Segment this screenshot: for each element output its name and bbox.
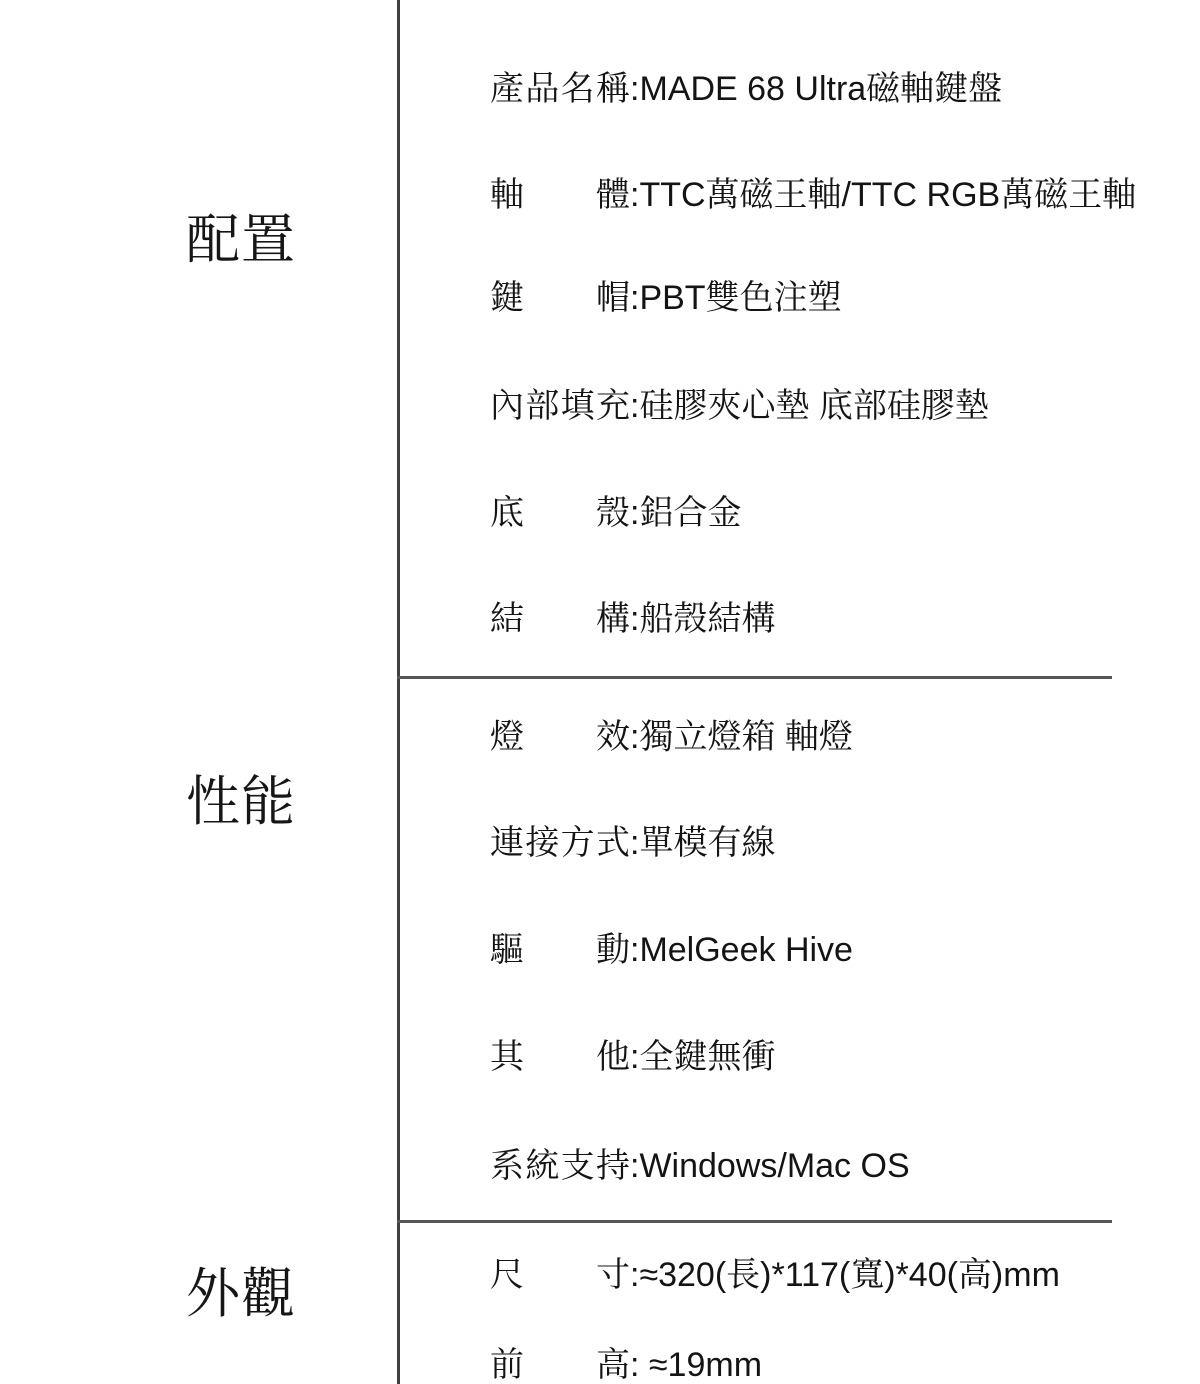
spec-value: :TTC萬磁王軸/TTC RGB萬磁王軸 [630,173,1136,217]
spec-value: :船殼結構 [630,597,775,641]
section-label-appearance: 外觀 [186,1264,296,1324]
spec-label: 系統支持 [490,1144,630,1188]
spec-label: 內部填充 [490,384,630,428]
spec-row-bottom-case: 底殼:鋁合金 [490,491,741,535]
spec-row-lighting: 燈效:獨立燈箱 軸燈 [490,715,853,759]
spec-value: :≈320(長)*117(寬)*40(高)mm [630,1253,1060,1297]
spec-value: :獨立燈箱 軸燈 [630,715,853,759]
spec-value: :全鍵無衝 [630,1035,775,1079]
spec-label: 底殼 [490,491,630,535]
spec-value: : ≈19mm [630,1343,762,1384]
spec-sheet: 配置 性能 外觀 產品名稱:MADE 68 Ultra磁軸鍵盤 軸體:TTC萬磁… [0,0,1200,1384]
section-label-config: 配置 [186,210,296,270]
spec-label: 前高 [490,1343,630,1384]
spec-label: 連接方式 [490,821,630,865]
spec-label: 產品名稱 [490,67,630,111]
spec-label: 驅動 [490,928,630,972]
spec-row-other: 其他:全鍵無衝 [490,1035,775,1079]
spec-row-driver: 驅動:MelGeek Hive [490,928,853,972]
spec-value: :PBT雙色注塑 [630,276,842,320]
spec-row-keycaps: 鍵帽:PBT雙色注塑 [490,276,842,320]
spec-row-os-support: 系統支持:Windows/Mac OS [490,1144,910,1188]
spec-label: 燈效 [490,715,630,759]
spec-value: :MADE 68 Ultra磁軸鍵盤 [630,67,1002,111]
spec-label: 其他 [490,1035,630,1079]
spec-value: :單模有線 [630,821,775,865]
spec-value: :鋁合金 [630,491,741,535]
spec-row-product-name: 產品名稱:MADE 68 Ultra磁軸鍵盤 [490,67,1002,111]
spec-value: :MelGeek Hive [630,928,853,972]
spec-row-front-height: 前高: ≈19mm [490,1343,762,1384]
section-divider-top [397,676,1112,679]
section-label-performance: 性能 [186,772,296,832]
spec-row-switch: 軸體:TTC萬磁王軸/TTC RGB萬磁王軸 [490,173,1136,217]
spec-label: 結構 [490,597,630,641]
spec-value: :Windows/Mac OS [630,1144,910,1188]
spec-label: 尺寸 [490,1253,630,1297]
spec-label: 軸體 [490,173,630,217]
section-divider-bottom [397,1220,1112,1223]
spec-value: :硅膠夾心墊 底部硅膠墊 [630,384,989,428]
spec-row-structure: 結構:船殼結構 [490,597,775,641]
spec-row-dimensions: 尺寸:≈320(長)*117(寬)*40(高)mm [490,1253,1060,1297]
spec-label: 鍵帽 [490,276,630,320]
table-vertical-divider [397,0,400,1384]
spec-row-connection: 連接方式:單模有線 [490,821,775,865]
spec-row-internal-filling: 內部填充:硅膠夾心墊 底部硅膠墊 [490,384,989,428]
